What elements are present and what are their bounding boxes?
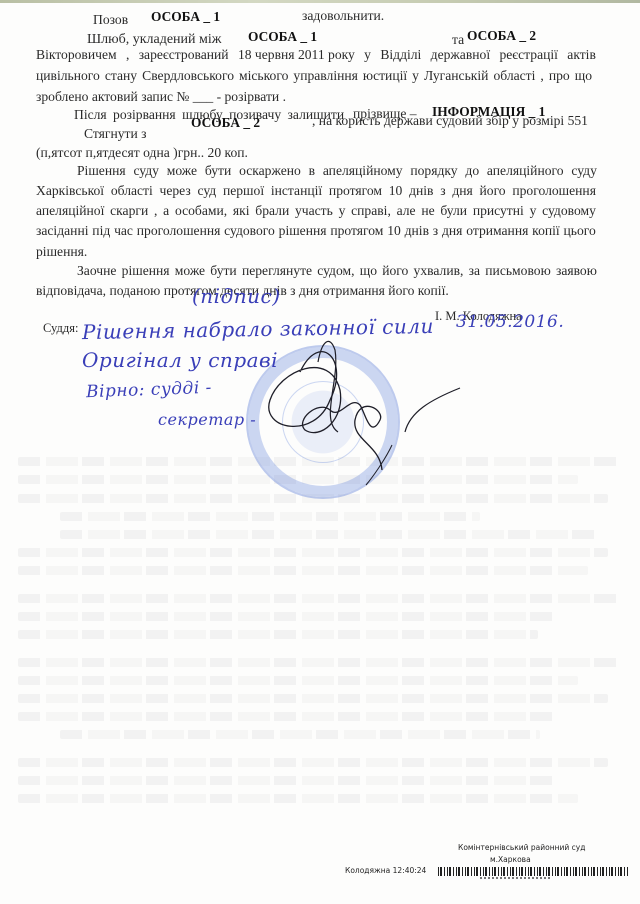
footer-court-name: Комінтернівський районний суд (458, 843, 585, 852)
footer-stamp-info: Колодяжна 12:40:24 (345, 866, 426, 875)
signature-scribble-icon (0, 0, 640, 904)
barcode-number (480, 877, 550, 879)
footer-court-city: м.Харкова (490, 855, 531, 864)
barcode-icon (438, 867, 628, 876)
